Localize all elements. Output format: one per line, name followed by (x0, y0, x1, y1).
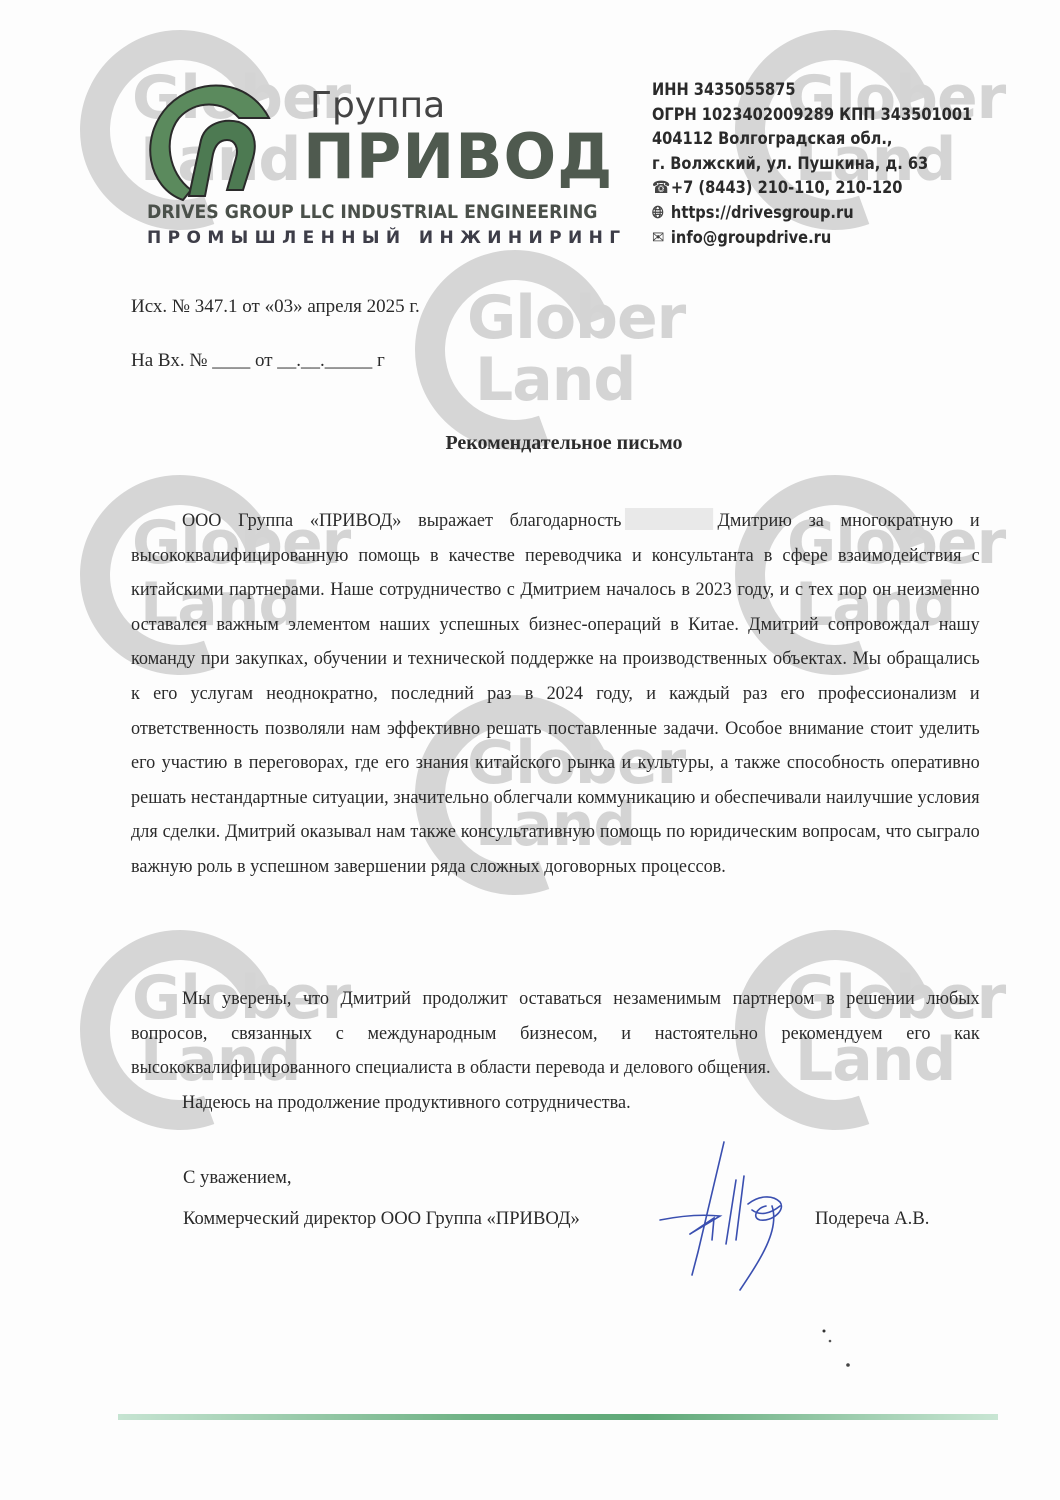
address-line-1: 404112 Волгоградская обл., (652, 127, 972, 152)
tagline-ru: ПРОМЫШЛЕННЫЙ ИНЖИНИРИНГ (147, 228, 627, 248)
paragraph-3: Надеюсь на продолжение продуктивного сот… (131, 1086, 980, 1121)
letter-page: Группа ПРИВОД DRIVES GROUP LLC INDUSTRIA… (0, 0, 1060, 1500)
phone-icon: ☎ (652, 176, 671, 201)
paragraph-1: ООО Группа «ПРИВОД» выражает благодарнос… (131, 504, 980, 885)
logo-brand-name: ПРИВОД (303, 126, 613, 188)
letter-body-2: Мы уверены, что Дмитрий продолжит остава… (131, 982, 980, 1086)
outgoing-ref: Исх. № 347.1 от «03» апреля 2025 г. (131, 296, 420, 318)
paragraph-1-rest: Дмитрию за многократную и высококвалифиц… (131, 510, 980, 877)
footer-divider (118, 1414, 998, 1420)
regards: С уважением, (183, 1167, 292, 1189)
scan-specks (820, 1325, 860, 1385)
inn: ИНН 3435055875 (652, 78, 972, 103)
signer-name: Подереча А.В. (815, 1208, 929, 1230)
phone-row: ☎+7 (8443) 210-110, 210-120 (652, 176, 972, 201)
email-row: ✉info@groupdrive.ru (652, 226, 972, 251)
email-link[interactable]: info@groupdrive.ru (671, 228, 831, 248)
address-line-2: г. Волжский, ул. Пушкина, д. 63 (652, 152, 972, 177)
letter-body: ООО Группа «ПРИВОД» выражает благодарнос… (131, 504, 980, 885)
signature-icon (640, 1140, 820, 1300)
website-row: 🌐︎https://drivesgroup.ru (652, 201, 972, 226)
letter-body-3: Надеюсь на продолжение продуктивного сот… (131, 1086, 980, 1121)
paragraph-1-start: ООО Группа «ПРИВОД» выражает благодарнос… (182, 510, 621, 531)
tagline-en: DRIVES GROUP LLC INDUSTRIAL ENGINEERING (147, 202, 597, 223)
ogrn-kpp: ОГРН 1023402009289 КПП 343501001 (652, 103, 972, 128)
company-requisites: ИНН 3435055875 ОГРН 1023402009289 КПП 34… (652, 78, 972, 250)
company-logo-icon (143, 78, 273, 202)
incoming-ref: На Вх. № ____ от __.__._____ г (131, 350, 385, 372)
document-title: Рекомендательное письмо (0, 432, 1060, 455)
redacted-surname (625, 508, 713, 530)
signer-position: Коммерческий директор ООО Группа «ПРИВОД… (183, 1208, 580, 1230)
envelope-icon: ✉ (652, 226, 671, 251)
globe-icon: 🌐︎ (652, 201, 671, 226)
paragraph-2: Мы уверены, что Дмитрий продолжит остава… (131, 982, 980, 1086)
website-link[interactable]: https://drivesgroup.ru (671, 203, 854, 223)
phone: +7 (8443) 210-110, 210-120 (671, 178, 903, 198)
